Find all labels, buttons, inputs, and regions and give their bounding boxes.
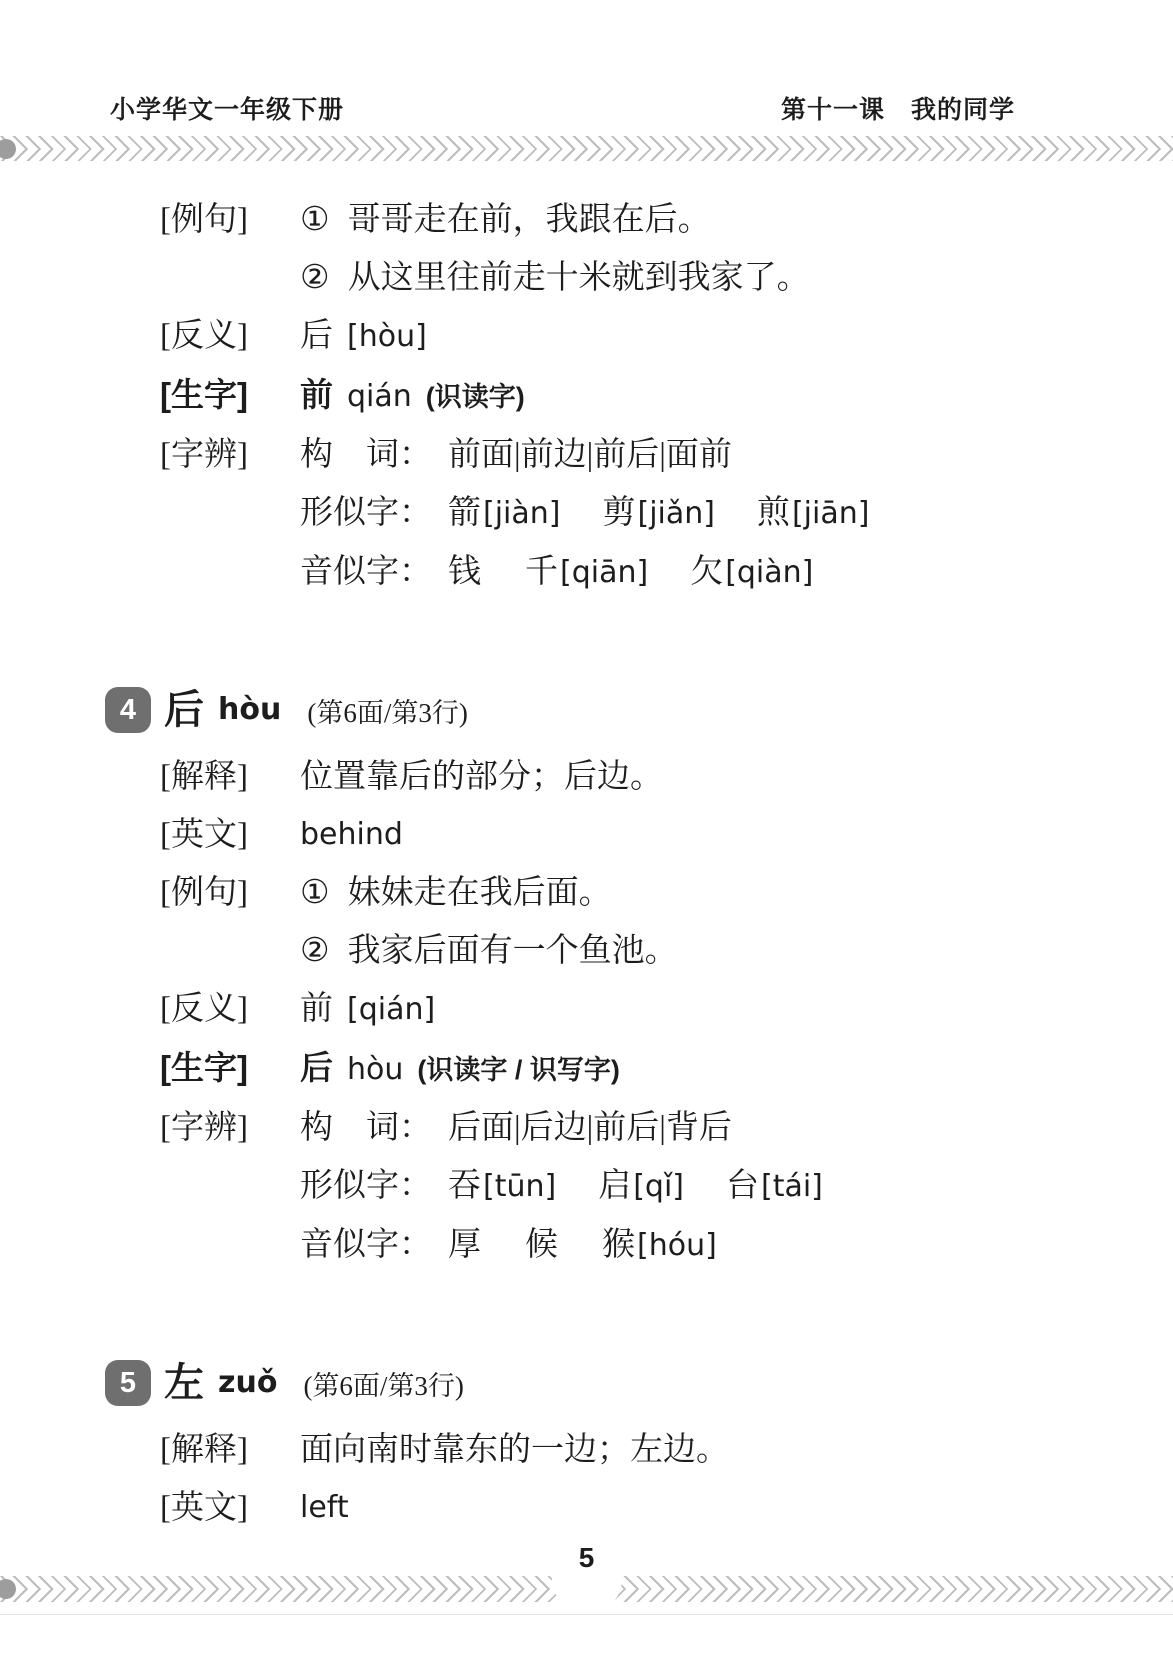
char: 欠 [690, 554, 723, 590]
pinyin: [jiǎn] [637, 496, 714, 532]
circled-2: ② [300, 260, 330, 296]
new-word-row: [生字] 前qián(识读字) [105, 377, 1113, 415]
example-row-2: ②从这里往前走十米就到我家了。 [105, 260, 1113, 296]
pinyin: [qiān] [560, 555, 648, 591]
antonym-word: 前 [300, 991, 333, 1027]
example-sentence: 从这里往前走十米就到我家了。 [348, 260, 810, 296]
pinyin: [tūn] [483, 1169, 556, 1205]
similar-form-label: 形似字： [300, 1168, 432, 1204]
pinyin: [jiān] [792, 496, 869, 532]
char: 吞 [448, 1168, 481, 1204]
definition-row: [解释] 位置靠后的部分；后边。 [105, 759, 1113, 795]
similar-sound-item: 钱 [448, 554, 483, 590]
char: 钱 [448, 554, 481, 590]
definition-text: 面向南时靠东的一边；左边。 [300, 1432, 729, 1468]
new-word-note: (识读字) [426, 379, 525, 415]
pinyin: [jiàn] [483, 496, 560, 532]
lesson-title: 第十一课 我的同学 [781, 90, 1015, 126]
antonym-label: [反义] [160, 318, 282, 354]
entry-number-badge: 5 [105, 1360, 151, 1406]
new-word-label: [生字] [160, 1050, 282, 1086]
similar-form-item: 启[qǐ] [598, 1168, 684, 1205]
compounds-value: 前面|前边|前后|面前 [448, 437, 732, 473]
antonym-label: [反义] [160, 991, 282, 1027]
analysis-label: [字辨] [160, 1110, 282, 1146]
analysis-similar-sound-row: 音似字： 钱 千[qiān] 欠[qiàn] [105, 554, 1113, 591]
entry-5-header: 5 左 zuǒ (第6面/第3行) [105, 1360, 1113, 1406]
analysis-label: [字辨] [160, 437, 282, 473]
circled-1: ① [300, 202, 330, 238]
similar-sound-item: 千[qiān] [525, 554, 648, 591]
new-word-label: [生字] [160, 377, 282, 413]
new-word-note: (识读字 / 识写字) [417, 1052, 620, 1088]
analysis-similar-form-row: 形似字： 吞[tūn] 启[qǐ] 台[tái] [105, 1168, 1113, 1205]
analysis-similar-sound-row: 音似字： 厚 候 猴[hóu] [105, 1227, 1113, 1264]
definition-text: 位置靠后的部分；后边。 [300, 759, 663, 795]
page-header: 小学华文一年级下册 第十一课 我的同学 [110, 90, 1015, 126]
new-word-char: 后 [300, 1050, 333, 1086]
english-text: behind [300, 817, 403, 853]
compounds-value: 后面|后边|前后|背后 [448, 1110, 732, 1146]
pinyin: [qǐ] [633, 1169, 684, 1205]
similar-sound-item: 候 [525, 1227, 560, 1263]
example-row-2: ②我家后面有一个鱼池。 [105, 933, 1113, 969]
header-chevron-band [0, 136, 1173, 161]
english-row: [英文] behind [105, 817, 1113, 853]
similar-form-item: 煎[jiān] [757, 495, 869, 532]
similar-form-item: 吞[tūn] [448, 1168, 556, 1205]
antonym-pinyin: [qián] [347, 992, 435, 1028]
definition-row: [解释] 面向南时靠东的一边；左边。 [105, 1432, 1113, 1468]
char: 启 [598, 1168, 631, 1204]
similar-sound-item: 厚 [448, 1227, 483, 1263]
char: 千 [525, 554, 558, 590]
entry-4: 4 后 hòu (第6面/第3行) [解释] 位置靠后的部分；后边。 [英文] … [105, 687, 1113, 1264]
entry-number-badge: 4 [105, 687, 151, 733]
chevron-pattern [0, 136, 1173, 149]
example-label: [例句] [160, 202, 282, 238]
example-row-1: [例句] ①妹妹走在我后面。 [105, 875, 1113, 911]
pinyin: [hóu] [637, 1228, 717, 1264]
new-word-pinyin: qián [347, 379, 412, 415]
entry-4-header: 4 后 hòu (第6面/第3行) [105, 687, 1113, 733]
entry-page-ref: (第6面/第3行) [307, 689, 467, 731]
english-label: [英文] [160, 817, 282, 853]
analysis-compounds-row: [字辨] 构 词：前面|前边|前后|面前 [105, 437, 1113, 473]
footer-divider [0, 1614, 1173, 1615]
textbook-page: 小学华文一年级下册 第十一课 我的同学 [例句] ①哥哥走在前，我跟在后。 ②从… [0, 0, 1173, 1667]
similar-sound-label: 音似字： [300, 1227, 432, 1263]
entry-page-ref: (第6面/第3行) [303, 1362, 463, 1404]
entry-pinyin: zuǒ [218, 1365, 277, 1401]
char: 煎 [757, 495, 790, 531]
new-word-row: [生字] 后hòu(识读字 / 识写字) [105, 1050, 1113, 1088]
circled-1: ① [300, 875, 330, 911]
chevron-pattern [0, 149, 1173, 162]
pinyin: [tái] [761, 1169, 823, 1205]
page-number: 5 [579, 1542, 595, 1574]
new-word-pinyin: hòu [347, 1052, 403, 1088]
example-sentence: 哥哥走在前，我跟在后。 [348, 202, 711, 238]
new-word-char: 前 [300, 377, 333, 413]
char: 候 [525, 1227, 558, 1263]
entry-word: 左 [164, 1360, 204, 1406]
similar-form-label: 形似字： [300, 495, 432, 531]
char: 剪 [602, 495, 635, 531]
english-text: left [300, 1490, 349, 1526]
circled-2: ② [300, 933, 330, 969]
page-content: [例句] ①哥哥走在前，我跟在后。 ②从这里往前走十米就到我家了。 [反义] 后… [105, 202, 1113, 1548]
definition-label: [解释] [160, 1432, 282, 1468]
similar-sound-item: 猴[hóu] [602, 1227, 717, 1264]
example-sentence: 妹妹走在我后面。 [348, 875, 612, 911]
antonym-row: [反义] 后[hòu] [105, 318, 1113, 355]
similar-sound-label: 音似字： [300, 554, 432, 590]
analysis-compounds-row: [字辨] 构 词：后面|后边|前后|背后 [105, 1110, 1113, 1146]
pinyin: [qiàn] [725, 555, 813, 591]
antonym-row: [反义] 前[qián] [105, 991, 1113, 1028]
antonym-pinyin: [hòu] [347, 319, 427, 355]
char: 台 [726, 1168, 759, 1204]
example-label: [例句] [160, 875, 282, 911]
entry-word: 后 [164, 687, 204, 733]
char: 厚 [448, 1227, 481, 1263]
char: 箭 [448, 495, 481, 531]
antonym-word: 后 [300, 318, 333, 354]
example-sentence: 我家后面有一个鱼池。 [348, 933, 678, 969]
example-row-1: [例句] ①哥哥走在前，我跟在后。 [105, 202, 1113, 238]
english-row: [英文] left [105, 1490, 1113, 1526]
char: 猴 [602, 1227, 635, 1263]
similar-sound-item: 欠[qiàn] [690, 554, 813, 591]
similar-form-item: 箭[jiàn] [448, 495, 560, 532]
entry-5: 5 左 zuǒ (第6面/第3行) [解释] 面向南时靠东的一边；左边。 [英文… [105, 1360, 1113, 1526]
entry-prev-continuation: [例句] ①哥哥走在前，我跟在后。 ②从这里往前走十米就到我家了。 [反义] 后… [105, 202, 1113, 591]
definition-label: [解释] [160, 759, 282, 795]
entry-pinyin: hòu [218, 692, 281, 728]
similar-form-item: 台[tái] [726, 1168, 823, 1205]
english-label: [英文] [160, 1490, 282, 1526]
compounds-label: 构 词： [300, 437, 432, 473]
book-title: 小学华文一年级下册 [110, 90, 344, 126]
compounds-label: 构 词： [300, 1110, 432, 1146]
analysis-similar-form-row: 形似字： 箭[jiàn] 剪[jiǎn] 煎[jiān] [105, 495, 1113, 532]
similar-form-item: 剪[jiǎn] [602, 495, 714, 532]
